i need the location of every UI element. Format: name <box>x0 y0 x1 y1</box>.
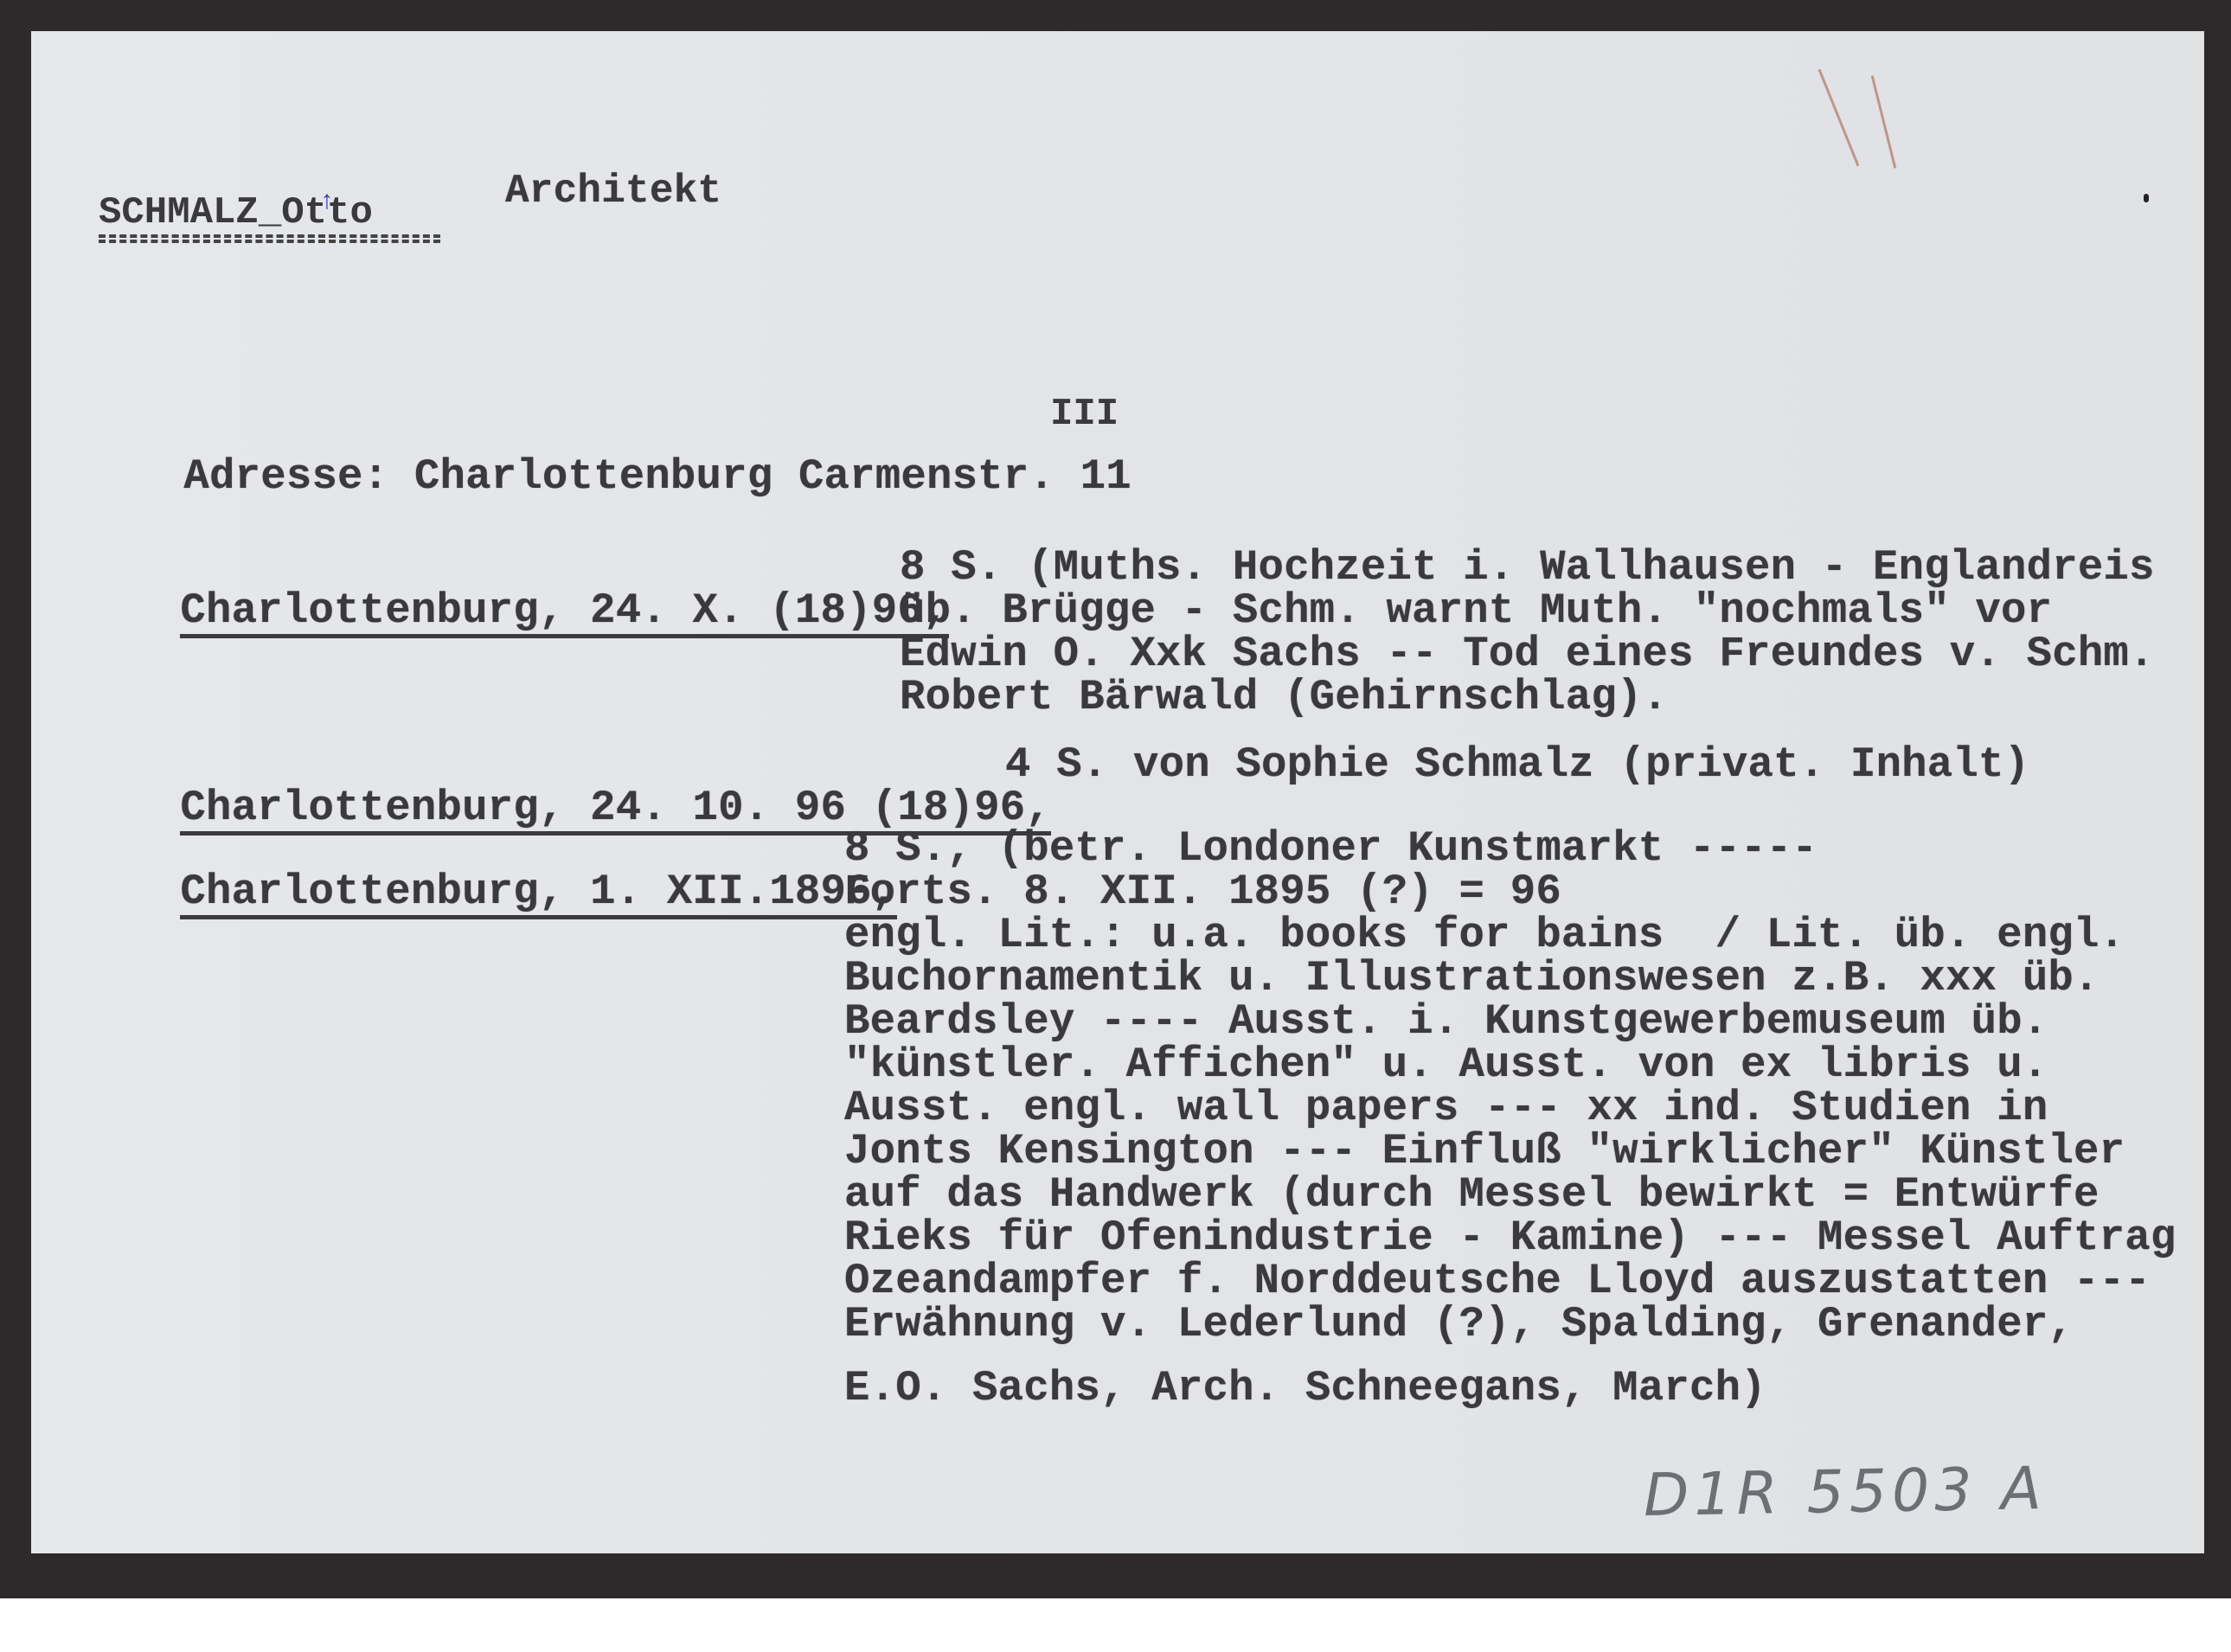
handwritten-catalog-number: D1R 5503 A <box>1643 1455 2047 1530</box>
entry-line-final: E.O. Sachs, Arch. Schneegans, March) <box>844 1367 2176 1410</box>
entry-date-underlined: Charlottenburg, 1. XII.1896, <box>180 870 897 919</box>
entry-date-underlined: Charlottenburg, 24. X. (18)96, <box>180 589 948 638</box>
entry-line: Ausst. engl. wall papers --- xx ind. Stu… <box>844 1086 2176 1130</box>
entry-line: 8 S. (Muths. Hochzeit i. Wallhausen - En… <box>900 546 2155 589</box>
entry-3-text: 8 S., (betr. Londoner Kunstmarkt ----- F… <box>844 827 2176 1410</box>
double-underline <box>99 234 440 243</box>
profession: Architekt <box>505 170 721 213</box>
name-separator: _ <box>259 191 281 234</box>
address-label: Adresse: <box>183 452 388 501</box>
entry-line: 4 S. von Sophie Schmalz (privat. Inhalt) <box>1005 743 2029 786</box>
entry-line: üb. Brügge - Schm. warnt Muth. "nochmals… <box>900 589 2155 632</box>
address-value: Charlottenburg Carmenstr. 11 <box>414 452 1132 501</box>
entry-line: engl. Lit.: u.a. books for bains / Lit. … <box>844 913 2176 957</box>
entry-line: 8 S., (betr. Londoner Kunstmarkt ----- <box>844 827 2176 870</box>
entry-line: Jonts Kensington --- Einfluß "wirklicher… <box>844 1130 2176 1173</box>
entry-line: Buchornamentik u. Illustrationswesen z.B… <box>844 957 2176 1000</box>
entry-3-date: Charlottenburg, 1. XII.1896, <box>78 827 897 963</box>
index-card: SCHMALZ_Otto ↑ Architekt Adresse: Charlo… <box>31 31 2204 1553</box>
address-floor-superscript: III <box>1050 393 1119 436</box>
surname: SCHMALZ <box>99 191 259 234</box>
entry-line: Erwähnung v. Lederlund (?), Spalding, Gr… <box>844 1303 2176 1346</box>
ink-dot-mark <box>2144 194 2149 202</box>
entry-1-text: 8 S. (Muths. Hochzeit i. Wallhausen - En… <box>900 546 2155 719</box>
entry-line: Edwin O. Xxk Sachs -- Tod eines Freundes… <box>900 632 2155 676</box>
entry-line: "künstler. Affichen" u. Ausst. von ex li… <box>844 1043 2176 1086</box>
address-line: Adresse: Charlottenburg Carmenstr. 11 <box>81 412 1132 541</box>
entry-line: Ozeandampfer f. Norddeutsche Lloyd auszu… <box>844 1259 2176 1303</box>
entry-line: Forts. 8. XII. 1895 (?) = 96 <box>844 870 2176 913</box>
person-heading: SCHMALZ_Otto ↑ <box>99 191 373 234</box>
entry-line: Rieks für Ofenindustrie - Kamine) --- Me… <box>844 1216 2176 1259</box>
entry-line: auf das Handwerk (durch Messel bewirkt =… <box>844 1173 2176 1216</box>
entry-line: Robert Bärwald (Gehirnschlag). <box>900 676 2155 719</box>
entry-1-date: Charlottenburg, 24. X. (18)96, <box>78 546 949 682</box>
blue-ink-correction-mark: ↑ <box>319 188 335 217</box>
rust-stain-mark <box>1818 69 1860 166</box>
rust-stain-mark <box>1871 75 1897 168</box>
entry-2-text: 4 S. von Sophie Schmalz (privat. Inhalt) <box>1005 743 2029 786</box>
entry-line: Beardsley ---- Ausst. i. Kunstgewerbemus… <box>844 1000 2176 1043</box>
